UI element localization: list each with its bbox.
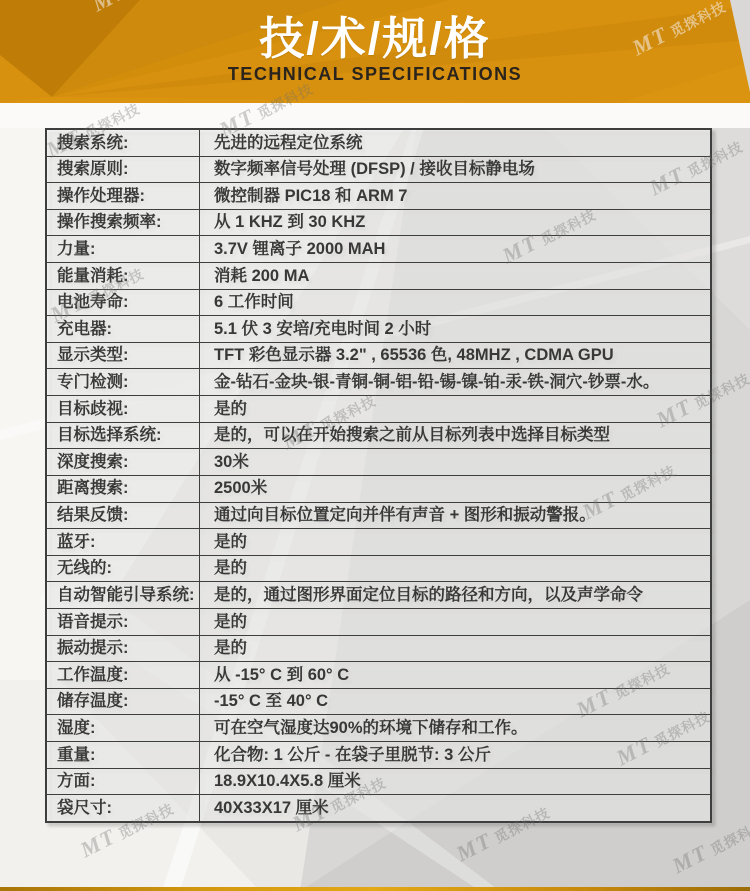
spec-value: 是的 xyxy=(200,636,710,662)
spec-value: 消耗 200 MA xyxy=(200,263,710,289)
table-row: 充电器: 5.1 伏 3 安培/充电时间 2 小时 xyxy=(47,316,710,343)
spec-value: 是的 xyxy=(200,609,710,635)
table-row: 搜索系统: 先进的远程定位系统 xyxy=(47,130,710,157)
table-row: 操作处理器: 微控制器 PIC18 和 ARM 7 xyxy=(47,183,710,210)
spec-label: 搜索原则: xyxy=(47,157,200,183)
table-row: 储存温度: -15° C 至 40° C xyxy=(47,689,710,716)
spec-label: 语音提示: xyxy=(47,609,200,635)
table-row: 工作温度: 从 -15° C 到 60° C xyxy=(47,662,710,689)
spec-label: 目标选择系统: xyxy=(47,423,200,449)
table-row: 距离搜索: 2500米 xyxy=(47,476,710,503)
spec-label: 湿度: xyxy=(47,715,200,741)
table-row: 重量: 化合物: 1 公斤 - 在袋子里脱节: 3 公斤 xyxy=(47,742,710,769)
spec-value: 是的 xyxy=(200,396,710,422)
spec-label: 力量: xyxy=(47,236,200,262)
spec-value: 数字频率信号处理 (DFSP) / 接收目标静电场 xyxy=(200,157,710,183)
table-row: 无线的: 是的 xyxy=(47,556,710,583)
spec-label: 结果反馈: xyxy=(47,503,200,529)
spec-value: 40X33X17 厘米 xyxy=(200,795,710,821)
spec-label: 深度搜索: xyxy=(47,449,200,475)
table-row: 专门检测: 金-钻石-金块-银-青铜-铜-铝-铅-锡-镍-铂-汞-铁-洞穴-钞票… xyxy=(47,369,710,396)
table-row: 搜索原则: 数字频率信号处理 (DFSP) / 接收目标静电场 xyxy=(47,157,710,184)
spec-label: 能量消耗: xyxy=(47,263,200,289)
spec-value: 是的 xyxy=(200,529,710,555)
table-row: 语音提示: 是的 xyxy=(47,609,710,636)
spec-value: 6 工作时间 xyxy=(200,290,710,316)
table-row: 自动智能引导系统: 是的，通过图形界面定位目标的路径和方向，以及声学命令 xyxy=(47,582,710,609)
table-row: 振动提示: 是的 xyxy=(47,636,710,663)
spec-value: 化合物: 1 公斤 - 在袋子里脱节: 3 公斤 xyxy=(200,742,710,768)
spec-value: 30米 xyxy=(200,449,710,475)
spec-value: 18.9X10.4X5.8 厘米 xyxy=(200,769,710,795)
table-row: 蓝牙: 是的 xyxy=(47,529,710,556)
spec-label: 蓝牙: xyxy=(47,529,200,555)
table-row: 能量消耗: 消耗 200 MA xyxy=(47,263,710,290)
spec-value: 3.7V 锂离子 2000 MAH xyxy=(200,236,710,262)
table-row: 湿度: 可在空气湿度达90%的环境下储存和工作。 xyxy=(47,715,710,742)
spec-label: 自动智能引导系统: xyxy=(47,582,200,608)
table-row: 方面: 18.9X10.4X5.8 厘米 xyxy=(47,769,710,796)
spec-label: 无线的: xyxy=(47,556,200,582)
spec-table: 搜索系统: 先进的远程定位系统 搜索原则: 数字频率信号处理 (DFSP) / … xyxy=(45,128,712,823)
spec-sheet-page: 技/术/规/格 TECHNICAL SPECIFICATIONS 搜索系统: 先… xyxy=(0,0,750,891)
table-row: 深度搜索: 30米 xyxy=(47,449,710,476)
spec-value: 可在空气湿度达90%的环境下储存和工作。 xyxy=(200,715,710,741)
spec-label: 显示类型: xyxy=(47,343,200,369)
spec-value: 从 1 KHZ 到 30 KHZ xyxy=(200,210,710,236)
table-row: 操作搜索频率: 从 1 KHZ 到 30 KHZ xyxy=(47,210,710,237)
spec-value: 通过向目标位置定向并伴有声音 + 图形和振动警报。 xyxy=(200,503,710,529)
spec-label: 电池寿命: xyxy=(47,290,200,316)
spec-label: 充电器: xyxy=(47,316,200,342)
header-banner: 技/术/规/格 TECHNICAL SPECIFICATIONS xyxy=(0,0,750,103)
table-row: 目标选择系统: 是的，可以在开始搜索之前从目标列表中选择目标类型 xyxy=(47,423,710,450)
bottom-accent-bar xyxy=(0,887,750,891)
page-subtitle: TECHNICAL SPECIFICATIONS xyxy=(0,64,750,85)
spec-label: 目标歧视: xyxy=(47,396,200,422)
table-row: 目标歧视: 是的 xyxy=(47,396,710,423)
spec-value: 5.1 伏 3 安培/充电时间 2 小时 xyxy=(200,316,710,342)
table-row: 结果反馈: 通过向目标位置定向并伴有声音 + 图形和振动警报。 xyxy=(47,503,710,530)
table-row: 袋尺寸: 40X33X17 厘米 xyxy=(47,795,710,821)
spec-label: 专门检测: xyxy=(47,369,200,395)
spec-value: 金-钻石-金块-银-青铜-铜-铝-铅-锡-镍-铂-汞-铁-洞穴-钞票-水。 xyxy=(200,369,710,395)
spec-label: 操作搜索频率: xyxy=(47,210,200,236)
spec-label: 振动提示: xyxy=(47,636,200,662)
spec-label: 工作温度: xyxy=(47,662,200,688)
spec-value: -15° C 至 40° C xyxy=(200,689,710,715)
spec-label: 重量: xyxy=(47,742,200,768)
spec-label: 储存温度: xyxy=(47,689,200,715)
spec-value: 是的，通过图形界面定位目标的路径和方向，以及声学命令 xyxy=(200,582,710,608)
page-title: 技/术/规/格 xyxy=(0,16,750,61)
table-row: 电池寿命: 6 工作时间 xyxy=(47,290,710,317)
spec-label: 袋尺寸: xyxy=(47,795,200,821)
spec-value: 先进的远程定位系统 xyxy=(200,130,710,156)
spec-value: 2500米 xyxy=(200,476,710,502)
header-title-block: 技/术/规/格 TECHNICAL SPECIFICATIONS xyxy=(0,0,750,85)
spec-label: 操作处理器: xyxy=(47,183,200,209)
spec-value: 微控制器 PIC18 和 ARM 7 xyxy=(200,183,710,209)
spec-value: 从 -15° C 到 60° C xyxy=(200,662,710,688)
spec-value: 是的，可以在开始搜索之前从目标列表中选择目标类型 xyxy=(200,423,710,449)
table-row: 显示类型: TFT 彩色显示器 3.2" , 65536 色, 48MHZ , … xyxy=(47,343,710,370)
spec-label: 方面: xyxy=(47,769,200,795)
spec-label: 搜索系统: xyxy=(47,130,200,156)
table-row: 力量: 3.7V 锂离子 2000 MAH xyxy=(47,236,710,263)
spec-value: 是的 xyxy=(200,556,710,582)
spec-value: TFT 彩色显示器 3.2" , 65536 色, 48MHZ , CDMA G… xyxy=(200,343,710,369)
spec-label: 距离搜索: xyxy=(47,476,200,502)
